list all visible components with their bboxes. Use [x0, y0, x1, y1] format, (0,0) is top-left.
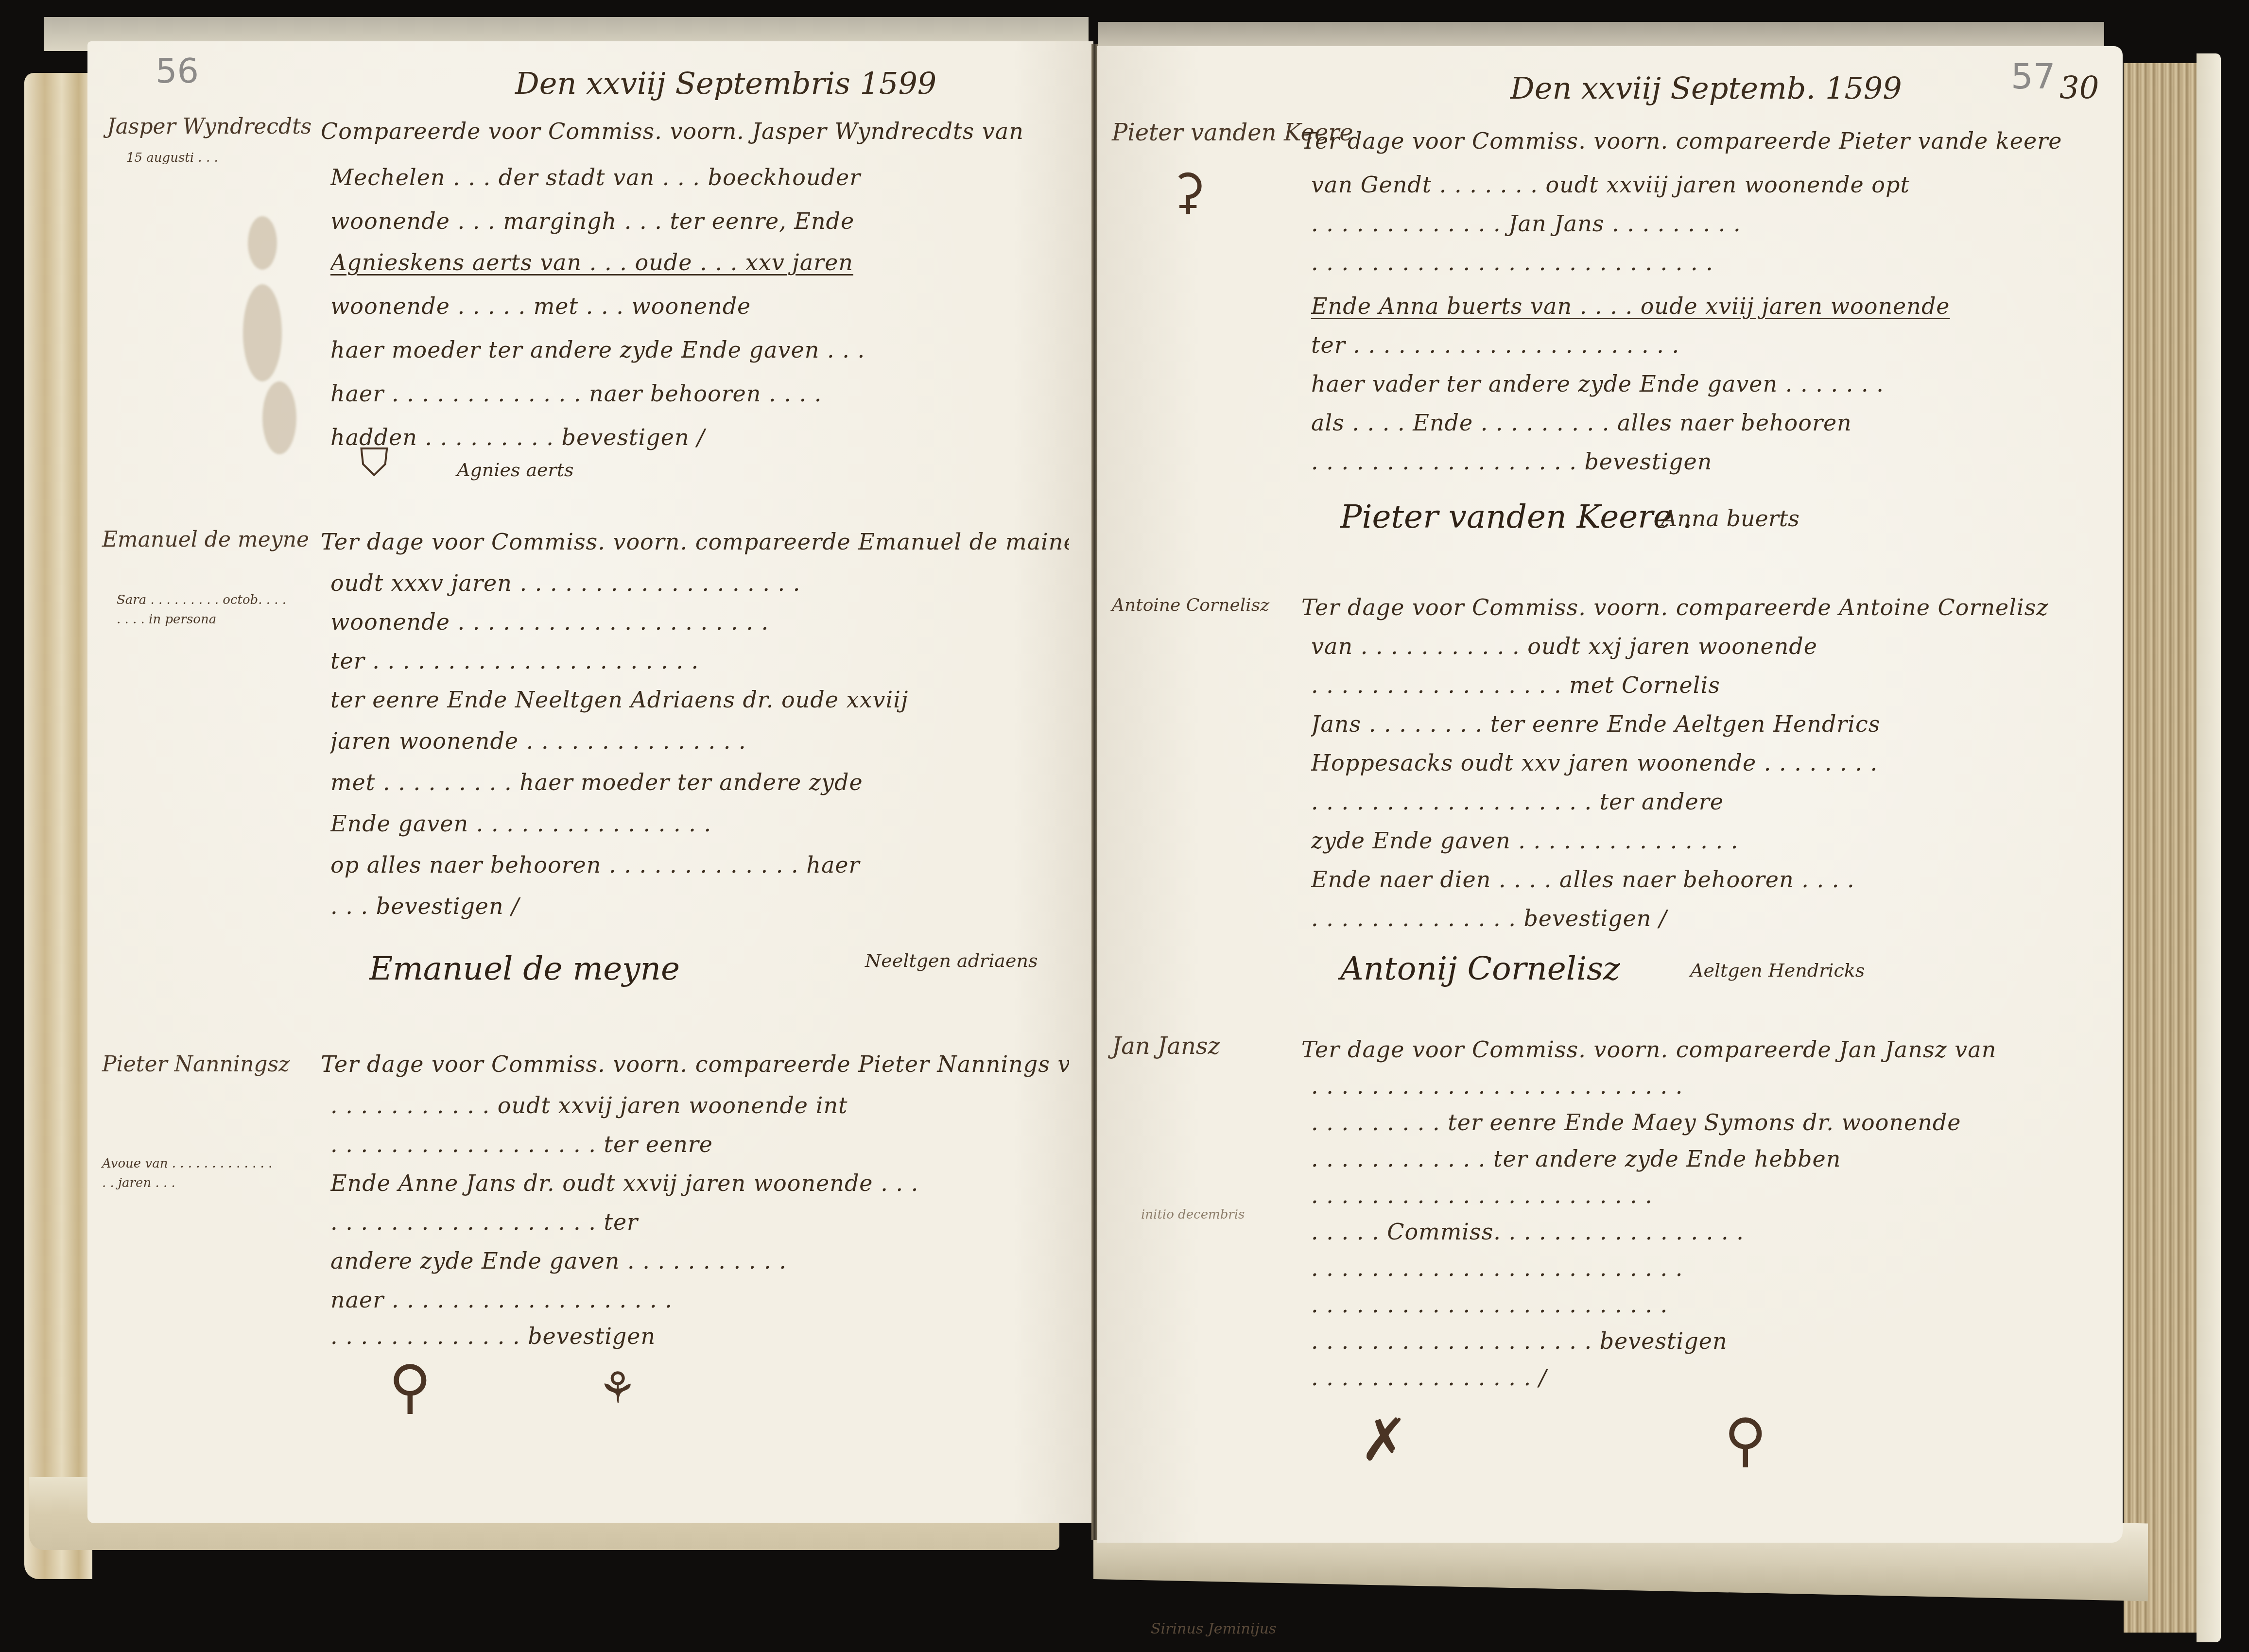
- text-line: hadden . . . . . . . . . bevestigen /: [330, 415, 914, 459]
- text-line: . . . bevestigen /: [330, 884, 622, 928]
- text-line: Ter dage voor Commiss. voorn. compareerd…: [1301, 119, 2079, 163]
- signature: Aeltgen Hendricks: [1690, 960, 1865, 981]
- signature: Neeltgen adriaens: [865, 950, 1038, 971]
- text-line: Mechelen . . . der stadt van . . . boeck…: [330, 155, 1069, 199]
- margin-note: Sara . . . . . . . . . octob. . . . . . …: [117, 590, 292, 629]
- text-line: . . . . . . . . . . . . . . . . . . . te…: [1311, 780, 2069, 824]
- margin-name: Jan Jansz: [1112, 1032, 1220, 1060]
- text-line: Ter dage voor Commiss. voorn. compareerd…: [321, 1042, 1069, 1086]
- text-line: . . . . . . . . . . . . . . . . . . ter: [330, 1200, 1069, 1244]
- text-line: jaren woonende . . . . . . . . . . . . .…: [330, 719, 1069, 763]
- date-heading: Den xxviij Septemb. 1599: [1510, 70, 1902, 106]
- margin-note: initio decembris: [1141, 1207, 1245, 1222]
- text-line: . . . . . . . . . . . . . . . . . . . . …: [1311, 241, 2069, 284]
- signature: Agnies aerts: [457, 459, 574, 481]
- text-line: zyde Ende gaven . . . . . . . . . . . . …: [1311, 819, 2069, 862]
- signature-mark-icon: ⚳: [1170, 163, 1206, 220]
- text-line: haer . . . . . . . . . . . . . naer beho…: [330, 372, 1079, 415]
- text-line: woonende . . . . . met . . . woonende: [330, 284, 1074, 328]
- ink-stain: [248, 216, 277, 270]
- water-stain: [262, 381, 296, 454]
- text-line: . . . . . . . . . . . . . . . . . . beve…: [1311, 440, 2069, 483]
- signature-mark-icon: ⚲: [1724, 1407, 1767, 1474]
- margin-name: Pieter Nanningsz: [102, 1052, 290, 1077]
- text-line: ter . . . . . . . . . . . . . . . . . . …: [330, 639, 1069, 683]
- text-line: . . . . . . . . . . . . . . . /: [1311, 1356, 1651, 1399]
- text-line: Ende Anna buerts van . . . . oude xviij …: [1311, 284, 2069, 328]
- margin-name: Antoine Cornelisz: [1112, 595, 1269, 615]
- page-stack-left-edge: [24, 73, 92, 1579]
- text-line: ter . . . . . . . . . . . . . . . . . . …: [1311, 323, 2069, 367]
- text-line: . . . . . . . . . . . . . bevestigen: [330, 1314, 914, 1358]
- book-cover-right: [2197, 53, 2221, 1642]
- signature-mark-icon: ⚘: [598, 1363, 637, 1414]
- text-line: Ter dage voor Commiss. voorn. compareerd…: [1301, 585, 2079, 629]
- text-line: met . . . . . . . . . haer moeder ter an…: [330, 760, 1069, 804]
- open-book: 56 Den xxviij Septembris 1599 Jasper Wyn…: [0, 0, 2249, 1652]
- footer-signature: Sirinus Jeminijus: [1151, 1620, 1276, 1637]
- left-page: 56 Den xxviij Septembris 1599 Jasper Wyn…: [87, 41, 1093, 1523]
- text-line: woonende . . . margingh . . . ter eenre,…: [330, 199, 1011, 243]
- signature-mark-icon: ⚲: [389, 1353, 432, 1421]
- text-line: . . . . . . . . . . . . . . bevestigen /: [1311, 896, 1991, 940]
- text-line: Ende gaven . . . . . . . . . . . . . . .…: [330, 802, 1069, 845]
- margin-name: Emanuel de meyne: [102, 527, 309, 552]
- text-line: . . . . . . . . . . . oudt xxvij jaren w…: [330, 1084, 1069, 1127]
- margin-name: Jasper Wyndrecdts: [107, 114, 311, 139]
- margin-note: 15 augusti . . .: [126, 148, 301, 168]
- text-line: . . . . . . . . . . . . . . . . . . ter …: [330, 1122, 1069, 1166]
- signature: Emanuel de meyne: [369, 950, 680, 987]
- signature-mark-icon: ✗: [1360, 1407, 1409, 1474]
- text-line: Ende naer dien . . . . alles naer behoor…: [1311, 858, 2069, 901]
- text-line: Jans . . . . . . . . ter eenre Ende Aelt…: [1311, 702, 2069, 746]
- shield-mark-icon: ⛉: [360, 440, 389, 485]
- text-line: als . . . . Ende . . . . . . . . . alles…: [1311, 401, 2069, 445]
- text-line: . . . . . . . . . . . . . Jan Jans . . .…: [1311, 202, 2069, 245]
- text-line: woonende . . . . . . . . . . . . . . . .…: [330, 600, 1069, 644]
- folio-number-pencil: 57: [2011, 56, 2056, 97]
- right-page: 57 30 Den xxviij Septemb. 1599 Pieter va…: [1097, 46, 2123, 1543]
- margin-note: Avoue van . . . . . . . . . . . . . . . …: [102, 1154, 277, 1193]
- text-line: op alles naer behooren . . . . . . . . .…: [330, 843, 1069, 887]
- signature: Pieter vanden Keere .: [1340, 498, 1693, 535]
- text-line: van Gendt . . . . . . . oudt xxviij jare…: [1311, 163, 2069, 206]
- text-line: . . . . . . . . . . . . . . . . . met Co…: [1311, 663, 2069, 707]
- water-stain: [243, 284, 282, 381]
- text-line: Hoppesacks oudt xxv jaren woonende . . .…: [1311, 741, 2069, 785]
- text-line: Agnieskens aerts van . . . oude . . . xx…: [330, 241, 1079, 284]
- folio-number-ink: 30: [2059, 70, 2099, 106]
- text-line: ter eenre Ende Neeltgen Adriaens dr. oud…: [330, 678, 1069, 722]
- signature: Anna buerts: [1661, 505, 1799, 532]
- text-line: van . . . . . . . . . . . oudt xxj jaren…: [1311, 624, 2069, 668]
- signature: Antonij Cornelisz: [1340, 950, 1620, 987]
- text-line: oudt xxxv jaren . . . . . . . . . . . . …: [330, 561, 1069, 605]
- text-line: haer moeder ter andere zyde Ende gaven .…: [330, 328, 1059, 372]
- text-line: Ende Anne Jans dr. oudt xxvij jaren woon…: [330, 1161, 1069, 1205]
- text-line: andere zyde Ende gaven . . . . . . . . .…: [330, 1239, 1069, 1283]
- text-line: haer vader ter andere zyde Ende gaven . …: [1311, 362, 2069, 406]
- date-heading: Den xxviij Septembris 1599: [515, 66, 936, 101]
- text-line: Compareerde voor Commiss. voorn. Jasper …: [321, 109, 1074, 153]
- text-line: Ter dage voor Commiss. voorn. compareerd…: [321, 520, 1069, 564]
- folio-number-pencil: 56: [156, 51, 199, 91]
